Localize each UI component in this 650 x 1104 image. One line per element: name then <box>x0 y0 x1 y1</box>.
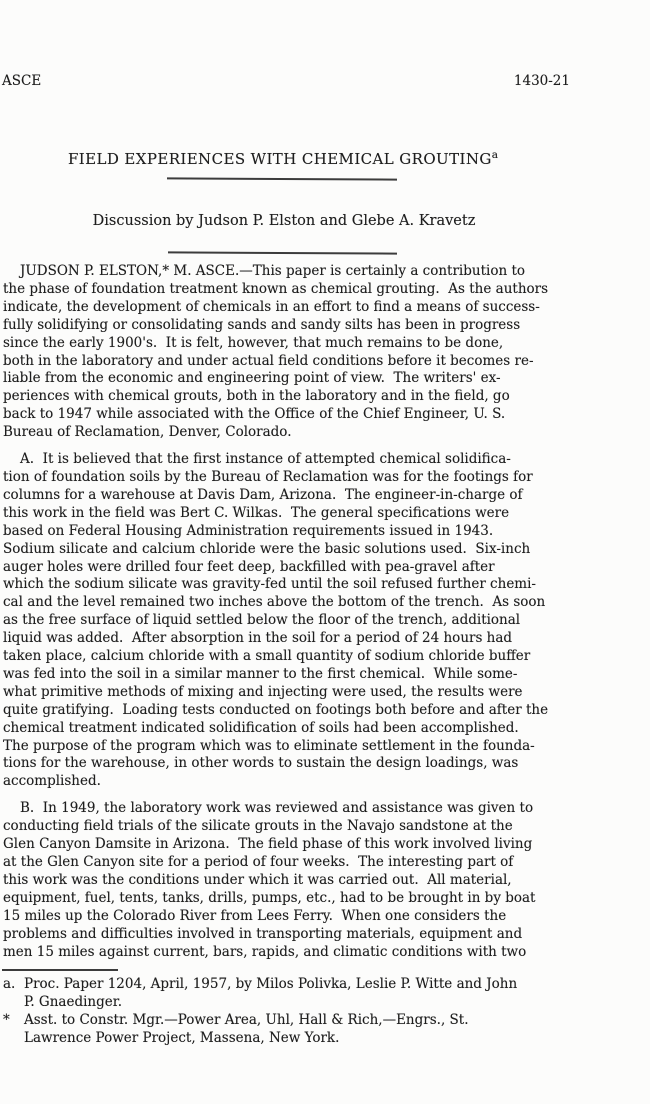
footnote-line: P. Gnaedinger. <box>24 993 647 1011</box>
journal-abbrev: ASCE <box>2 72 41 90</box>
paragraph: JUDSON P. ELSTON,* M. ASCE.—This paper i… <box>3 263 647 442</box>
footnote: a.Proc. Paper 1204, April, 1957, by Milo… <box>3 975 647 1011</box>
text-line: chemical treatment indicated solidificat… <box>3 720 647 738</box>
text-line: this work in the field was Bert C. Wilka… <box>3 505 647 523</box>
running-head: ASCE 1430-21 <box>2 72 570 90</box>
body-text: JUDSON P. ELSTON,* M. ASCE.—This paper i… <box>3 263 647 961</box>
text-line: this work was the conditions under which… <box>3 872 647 890</box>
text-line: back to 1947 while associated with the O… <box>3 406 647 424</box>
text-line: tions for the warehouse, in other words … <box>3 755 647 773</box>
text-line: indicate, the development of chemicals i… <box>3 299 647 317</box>
byline-divider <box>168 251 397 254</box>
text-line: cal and the level remained two inches ab… <box>3 594 647 612</box>
text-line: tion of foundation soils by the Bureau o… <box>3 469 647 487</box>
document-page: ASCE 1430-21 FIELD EXPERIENCES WITH CHEM… <box>0 0 650 1104</box>
footnote-marker: a. <box>3 975 24 1011</box>
text-line: men 15 miles against current, bars, rapi… <box>3 944 647 962</box>
text-line: based on Federal Housing Administration … <box>3 523 647 541</box>
footnotes: a.Proc. Paper 1204, April, 1957, by Milo… <box>3 975 647 1047</box>
text-line: Glen Canyon Damsite in Arizona. The fiel… <box>3 836 647 854</box>
text-line: Bureau of Reclamation, Denver, Colorado. <box>3 424 647 442</box>
text-line: liquid was added. After absorption in th… <box>3 630 647 648</box>
text-line: The purpose of the program which was to … <box>3 738 647 756</box>
text-line: equipment, fuel, tents, tanks, drills, p… <box>3 890 647 908</box>
text-line: liable from the economic and engineering… <box>3 370 647 388</box>
text-line: B. In 1949, the laboratory work was revi… <box>3 800 647 818</box>
text-line: fully solidifying or consolidating sands… <box>3 317 647 335</box>
paper-title: FIELD EXPERIENCES WITH CHEMICAL GROUTING… <box>0 146 566 169</box>
text-line: accomplished. <box>3 773 647 791</box>
title-divider <box>167 177 397 180</box>
footnote: *Asst. to Constr. Mgr.—Power Area, Uhl, … <box>3 1011 647 1047</box>
footnote-marker: * <box>3 1011 24 1047</box>
text-line: periences with chemical grouts, both in … <box>3 388 647 406</box>
paragraph: B. In 1949, the laboratory work was revi… <box>3 800 647 961</box>
text-line: both in the laboratory and under actual … <box>3 353 647 371</box>
text-line: the phase of foundation treatment known … <box>3 281 647 299</box>
text-line: columns for a warehouse at Davis Dam, Ar… <box>3 487 647 505</box>
text-line: was fed into the soil in a similar manne… <box>3 666 647 684</box>
footnote-line: Lawrence Power Project, Massena, New Yor… <box>24 1029 647 1047</box>
text-line: since the early 1900's. It is felt, howe… <box>3 335 647 353</box>
text-line: JUDSON P. ELSTON,* M. ASCE.—This paper i… <box>3 263 647 281</box>
footnote-divider <box>2 969 118 971</box>
text-line: auger holes were drilled four feet deep,… <box>3 559 647 577</box>
text-line: Sodium silicate and calcium chloride wer… <box>3 541 647 559</box>
text-line: as the free surface of liquid settled be… <box>3 612 647 630</box>
text-line: problems and difficulties involved in tr… <box>3 926 647 944</box>
text-line: conducting field trials of the silicate … <box>3 818 647 836</box>
title-footnote-ref: a <box>492 149 498 161</box>
paragraph: A. It is believed that the first instanc… <box>3 451 647 791</box>
text-line: taken place, calcium chloride with a sma… <box>3 648 647 666</box>
text-line: A. It is believed that the first instanc… <box>3 451 647 469</box>
footnote-line: Asst. to Constr. Mgr.—Power Area, Uhl, H… <box>24 1011 647 1029</box>
text-line: what primitive methods of mixing and inj… <box>3 684 647 702</box>
paper-title-text: FIELD EXPERIENCES WITH CHEMICAL GROUTING <box>68 150 492 168</box>
text-line: which the sodium silicate was gravity-fe… <box>3 576 647 594</box>
text-line: 15 miles up the Colorado River from Lees… <box>3 908 647 926</box>
text-line: quite gratifying. Loading tests conducte… <box>3 702 647 720</box>
byline: Discussion by Judson P. Elston and Glebe… <box>0 212 568 231</box>
footnote-line: Proc. Paper 1204, April, 1957, by Milos … <box>24 975 647 993</box>
paper-number: 1430-21 <box>514 72 570 90</box>
text-line: at the Glen Canyon site for a period of … <box>3 854 647 872</box>
